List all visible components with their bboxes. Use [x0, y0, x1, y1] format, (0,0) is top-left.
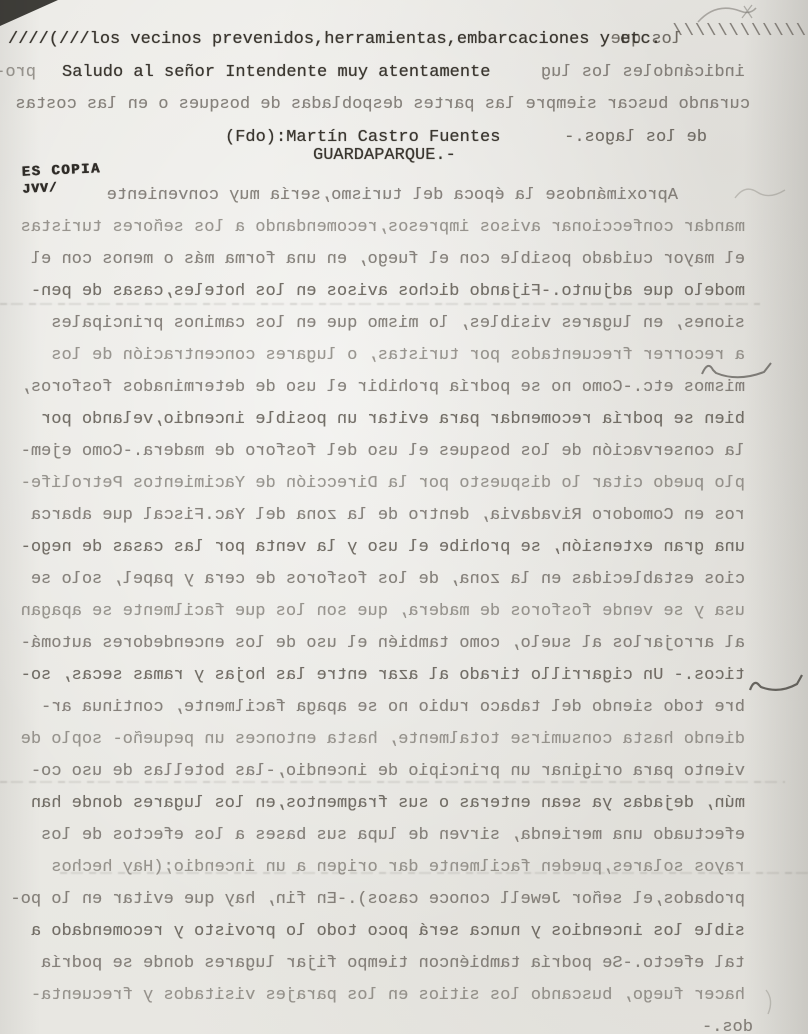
signature-role-line: GUARDAPARQUE.- — [313, 146, 456, 166]
bleed-line: plo puedo citar lo dispuesto por la Dire… — [21, 474, 745, 494]
bleed-line: efectuado una merienda, sirven de lupa s… — [41, 826, 745, 846]
bleed-line: ticos.- Un cigarrillo tirado al azar ent… — [21, 666, 745, 686]
bleed-line: viento para originar un principio de inc… — [31, 762, 745, 782]
bleed-line: rayos solares,pueden facilmente dar orig… — [51, 858, 745, 878]
bleed-fragment: pro- — [0, 63, 36, 83]
bleed-slash-marks: //////////// — [672, 22, 806, 42]
top-line: ////(///los vecinos prevenidos,herramien… — [8, 30, 661, 50]
copy-stamp: ES COPIA JVV/ — [21, 161, 102, 196]
bleed-line: curando buscar siempre las partes despob… — [15, 95, 750, 115]
paper-crease — [0, 781, 785, 783]
bleed-fragment: indicándoles los lug — [541, 63, 745, 83]
bleed-line: el mayor cuidado posible con el fuego, e… — [31, 250, 745, 270]
bleed-line: a recorrer frecuentados por turistas, o … — [51, 346, 745, 366]
bleed-line: modelo que adjunto.-Fijando dichos aviso… — [31, 282, 745, 302]
bleed-line: diendo hasta consumirse totalmente, hast… — [21, 730, 745, 750]
paper-crease — [0, 303, 760, 305]
bleed-line: tal efecto.-Se podría tambiéncon tiempo … — [41, 954, 745, 974]
bleed-line: probados,el señor Jewell conoce casos).-… — [10, 890, 745, 910]
bleed-line: dos.- — [702, 1018, 753, 1034]
signature-line: (Fdo):Martín Castro Fuentes — [225, 128, 500, 148]
bleed-line: mismos etc.-Como no se podría prohibir e… — [21, 378, 745, 398]
bleed-line: mún, dejadas ya sean enteras o sus fragm… — [31, 794, 745, 814]
salutation-line: Saludo al señor Intendente muy atentamen… — [62, 63, 490, 83]
bleed-line: sible los incendios y nunca será poco to… — [31, 922, 745, 942]
bleed-line: cios establecidas en la zona, de los fos… — [31, 570, 745, 590]
bleed-fragment: de los lagos.- — [564, 128, 707, 148]
bleed-line: siones, en lugares visibles, lo mismo qu… — [51, 314, 745, 334]
scanned-document-page: //////////// los que indicándoles los lu… — [0, 0, 808, 1034]
bleed-line: al arrojarlos al suelo, como también el … — [21, 634, 745, 654]
paper-crease — [60, 872, 808, 874]
bleed-line: hacer fuego, buscando los sitios en los … — [31, 986, 745, 1006]
bleed-line: mandar confeccionar avisos impresos,reco… — [21, 218, 745, 238]
bleed-line: una gran extensión, se prohibe el uso y … — [21, 538, 745, 558]
bleed-line: bre todo siendo del tabaco rubio no se a… — [41, 698, 745, 718]
bleed-line: la conservación de los bosques el uso de… — [21, 442, 745, 462]
bleed-line: bien se podría recomendar para evitar un… — [41, 410, 745, 430]
bleed-line: ros en Comodoro Rivadavia, dentro de la … — [31, 506, 745, 526]
bleed-line: Aproximándose la época del turismo,sería… — [107, 186, 678, 206]
bleed-line: usa y se vende fosforos de madera, que s… — [21, 602, 745, 622]
